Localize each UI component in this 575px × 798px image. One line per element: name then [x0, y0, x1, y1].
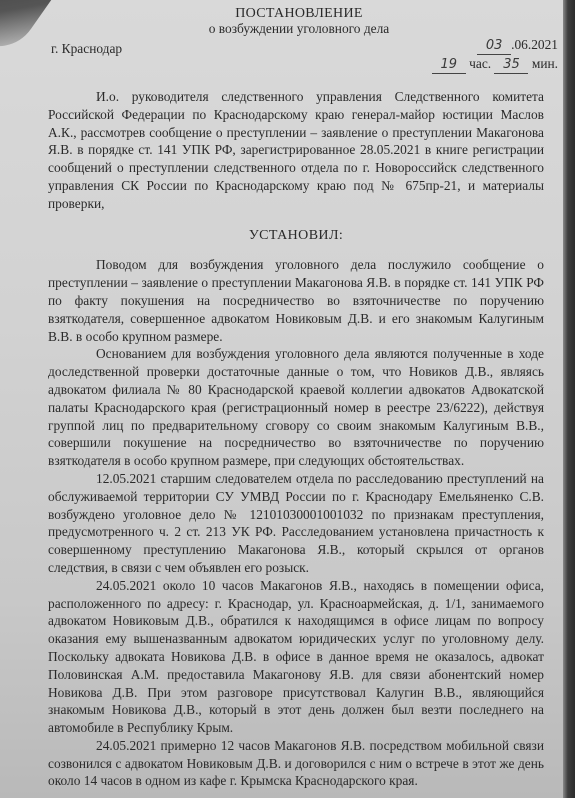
paragraph-grounds-basis: Основанием для возбуждения уголовного де…	[44, 345, 544, 470]
hour-label: час.	[469, 56, 491, 71]
date-time-block: 03.06.2021 19 час. 35 мин.	[432, 36, 558, 74]
section-heading: УСТАНОВИЛ:	[44, 227, 544, 245]
handwritten-minute: 35	[494, 56, 528, 74]
month-year: .06.2021	[511, 37, 558, 52]
paragraph-office-visit: 24.05.2021 около 10 часов Макагонов Я.В.…	[44, 577, 544, 737]
time-line: 19 час. 35 мин.	[432, 55, 558, 74]
intro-paragraph: И.о. руководителя следственного управлен…	[44, 88, 544, 213]
document-page: ПОСТАНОВЛЕНИЕ о возбуждении уголовного д…	[44, 6, 544, 790]
paragraph-case-opened: 12.05.2021 старшим следователем отдела п…	[44, 470, 544, 577]
minute-label: мин.	[532, 56, 558, 71]
handwritten-hour: 19	[432, 56, 466, 74]
handwritten-day: 03	[477, 37, 511, 55]
paragraph-grounds-reason: Поводом для возбуждения уголовного дела …	[44, 256, 544, 345]
place-date-row: г. Краснодар 03.06.2021 19 час. 35 мин.	[44, 36, 544, 78]
document-body: И.о. руководителя следственного управлен…	[44, 88, 544, 790]
document-subtitle: о возбуждении уголовного дела	[54, 21, 544, 36]
document-title: ПОСТАНОВЛЕНИЕ	[54, 6, 544, 21]
city-label: г. Краснодар	[51, 40, 122, 58]
paragraph-phone-call: 24.05.2021 примерно 12 часов Макагонов Я…	[44, 737, 544, 790]
page-edge-shadow	[563, 0, 575, 798]
date-line: 03.06.2021	[432, 36, 558, 55]
